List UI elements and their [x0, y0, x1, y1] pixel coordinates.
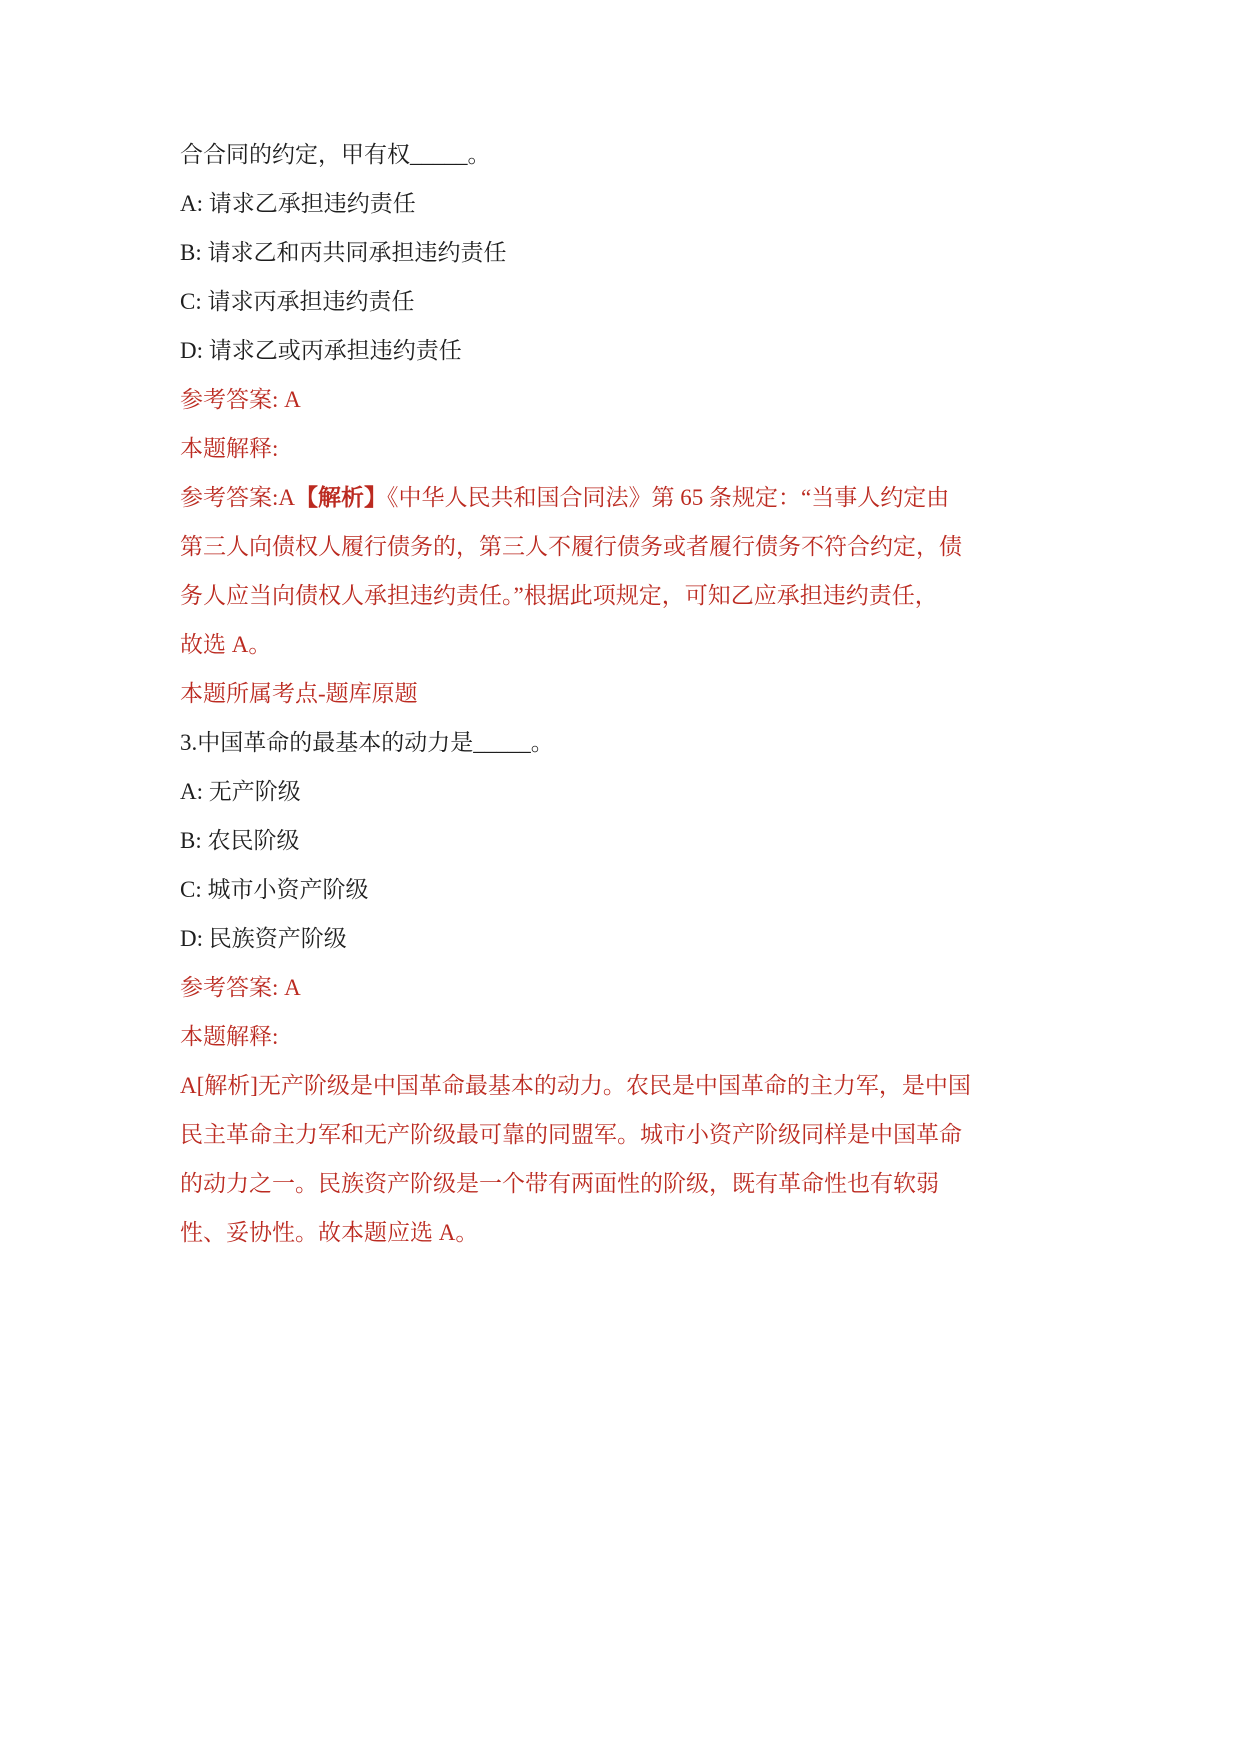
question2-option-c: C: 请求丙承担违约责任 [180, 277, 1070, 326]
question2-option-a: A: 请求乙承担违约责任 [180, 179, 1070, 228]
question3-stem: 3.中国革命的最基本的动力是_____。 [180, 718, 1070, 767]
question2-explanation-rest: 《中华人民共和国合同法》第 65 条规定：“当事人约定由 [387, 485, 949, 510]
question3-option-a: A: 无产阶级 [180, 767, 1070, 816]
question3-option-c: C: 城市小资产阶级 [180, 865, 1070, 914]
question2-explanation-line-2: 第三人向债权人履行债务的，第三人不履行债务或者履行债务不符合约定，债 [180, 522, 1070, 571]
question3-option-d: D: 民族资产阶级 [180, 914, 1070, 963]
document-content: 合合同的约定，甲有权_____。 A: 请求乙承担违约责任 B: 请求乙和丙共同… [0, 0, 1240, 1257]
question2-explanation-prefix: 参考答案:A [180, 485, 295, 510]
question2-reference-answer: 参考答案: A [180, 375, 1070, 424]
question2-source-note: 本题所属考点-题库原题 [180, 669, 1070, 718]
question2-explanation-line-1: 参考答案:A【解析】《中华人民共和国合同法》第 65 条规定：“当事人约定由 [180, 473, 1070, 522]
question3-explanation-line-3: 的动力之一。民族资产阶级是一个带有两面性的阶级，既有革命性也有软弱 [180, 1159, 1070, 1208]
question3-explanation-line-1: A[解析]无产阶级是中国革命最基本的动力。农民是中国革命的主力军，是中国 [180, 1061, 1070, 1110]
question3-explanation-line-4: 性、妥协性。故本题应选 A。 [180, 1208, 1070, 1257]
question2-explanation-line-3: 务人应当向债权人承担违约责任。”根据此项规定，可知乙应承担违约责任， [180, 571, 1070, 620]
question2-option-b: B: 请求乙和丙共同承担违约责任 [180, 228, 1070, 277]
question3-explanation-line-2: 民主革命主力军和无产阶级最可靠的同盟军。城市小资产阶级同样是中国革命 [180, 1110, 1070, 1159]
question2-option-d: D: 请求乙或丙承担违约责任 [180, 326, 1070, 375]
question2-stem: 合合同的约定，甲有权_____。 [180, 130, 1070, 179]
question3-option-b: B: 农民阶级 [180, 816, 1070, 865]
question3-explain-heading: 本题解释: [180, 1012, 1070, 1061]
question2-explanation-line-4: 故选 A。 [180, 620, 1070, 669]
document-page: 合合同的约定，甲有权_____。 A: 请求乙承担违约责任 B: 请求乙和丙共同… [0, 0, 1240, 1753]
question2-explain-heading: 本题解释: [180, 424, 1070, 473]
question2-explanation-bracket: 【解析】 [295, 485, 387, 510]
question3-reference-answer: 参考答案: A [180, 963, 1070, 1012]
